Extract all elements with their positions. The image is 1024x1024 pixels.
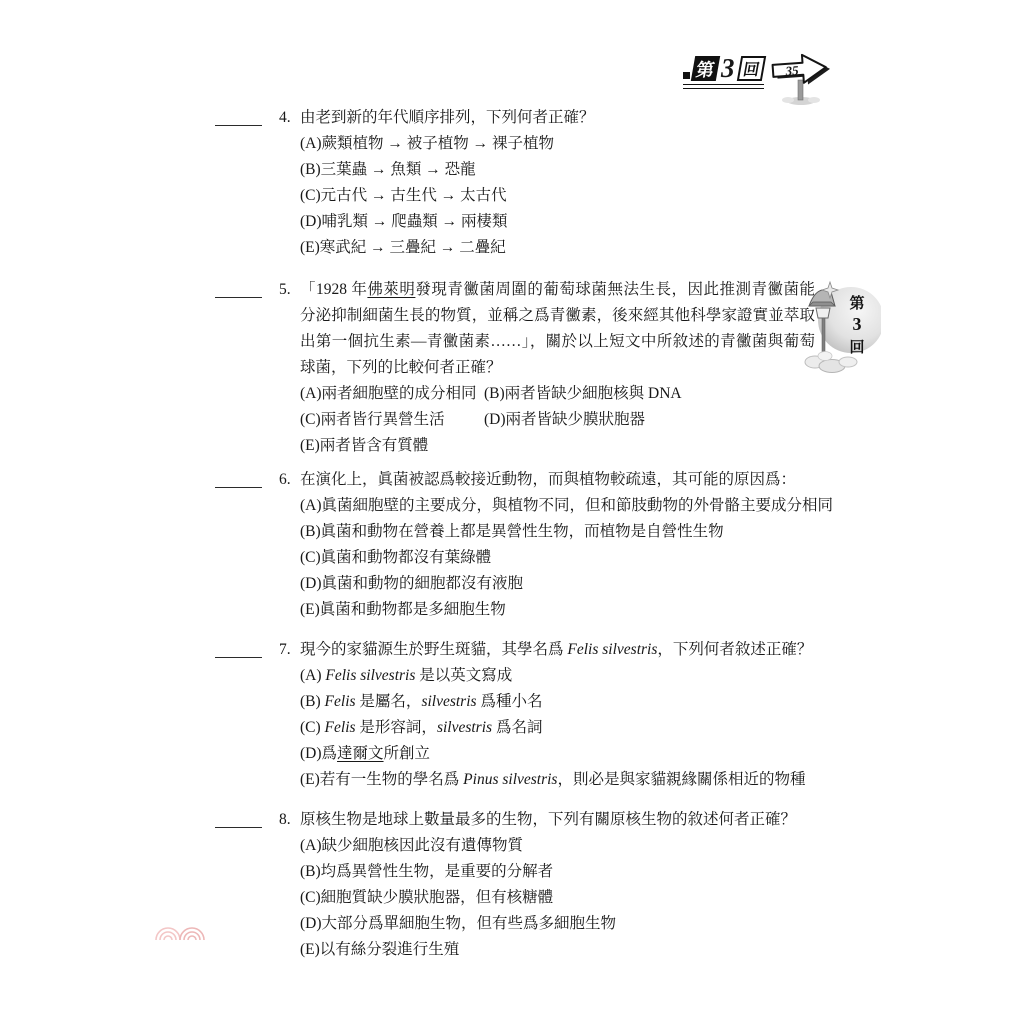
question: 8. 原核生物是地球上數量最多的生物，下列有關原核生物的敘述何者正確？ (A)缺… bbox=[215, 807, 815, 963]
question-stem: 現今的家貓源生於野生斑貓，其學名爲 Felis silvestris，下列何者敘… bbox=[300, 637, 815, 663]
question-stem: 在演化上，眞菌被認爲較接近動物，而與植物較疏遠，其可能的原因爲： bbox=[300, 467, 815, 493]
option-8-B: (B)均爲異營性生物，是重要的分解者 bbox=[300, 859, 815, 885]
section-badge: 第 3 回 bbox=[683, 56, 764, 89]
badge-number: 3 bbox=[721, 56, 735, 81]
question-number: 5. bbox=[279, 277, 300, 303]
option-4-D: (D)哺乳類 → 爬蟲類 → 兩棲類 bbox=[300, 209, 815, 235]
question-options: (A)缺少細胞核因此沒有遺傳物質(B)均爲異營性生物，是重要的分解者(C)細胞質… bbox=[300, 833, 815, 963]
option-8-C: (C)細胞質缺少膜狀胞器，但有核糖體 bbox=[300, 885, 815, 911]
option-6-D: (D)眞菌和動物的細胞都沒有液胞 bbox=[300, 571, 815, 597]
question-options: (A)眞菌細胞壁的主要成分，與植物不同，但和節肢動物的外骨骼主要成分相同(B)眞… bbox=[300, 493, 815, 623]
question: 5. 「1928 年佛萊明發現青黴菌周圍的葡萄球菌無法生長，因此推測青黴菌能分泌… bbox=[215, 277, 815, 459]
badge-underline bbox=[683, 84, 764, 89]
page-header: 第 3 回 35 bbox=[683, 48, 836, 106]
side-tab-char-first: 第 bbox=[849, 294, 864, 312]
question: 7. 現今的家貓源生於野生斑貓，其學名爲 Felis silvestris，下列… bbox=[215, 637, 815, 793]
side-tab-char-last: 回 bbox=[849, 339, 864, 356]
option-8-E: (E)以有絲分裂進行生殖 bbox=[300, 937, 815, 963]
option-6-B: (B)眞菌和動物在營養上都是異營性生物，而植物是自營性生物 bbox=[300, 519, 815, 545]
badge-char-first: 第 bbox=[691, 56, 720, 81]
question-stem: 原核生物是地球上數量最多的生物，下列有關原核生物的敘述何者正確？ bbox=[300, 807, 815, 833]
question-number: 6. bbox=[279, 467, 300, 493]
option-7-B: (B) Felis 是屬名，silvestris 爲種小名 bbox=[300, 689, 815, 715]
option-5-A: (A)兩者細胞壁的成分相同 bbox=[300, 381, 484, 407]
question-options: (A)蕨類植物 → 被子植物 → 裸子植物(B)三葉蟲 → 魚類 → 恐龍(C)… bbox=[300, 131, 815, 261]
badge-dot bbox=[683, 72, 690, 79]
question-body: 原核生物是地球上數量最多的生物，下列有關原核生物的敘述何者正確？ (A)缺少細胞… bbox=[300, 807, 815, 963]
answer-blank bbox=[215, 467, 262, 488]
option-4-E: (E)寒武紀 → 三疊紀 → 二疊紀 bbox=[300, 235, 815, 261]
answer-blank bbox=[215, 277, 262, 298]
option-6-A: (A)眞菌細胞壁的主要成分，與植物不同，但和節肢動物的外骨骼主要成分相同 bbox=[300, 493, 815, 519]
option-7-C: (C) Felis 是形容詞，silvestris 爲名詞 bbox=[300, 715, 815, 741]
question-stem: 「1928 年佛萊明發現青黴菌周圍的葡萄球菌無法生長，因此推測青黴菌能分泌抑制細… bbox=[300, 277, 815, 381]
question-number: 7. bbox=[279, 637, 300, 663]
option-6-E: (E)眞菌和動物都是多細胞生物 bbox=[300, 597, 815, 623]
side-tab-number: 3 bbox=[853, 314, 862, 334]
option-7-A: (A) Felis silvestris 是以英文寫成 bbox=[300, 663, 815, 689]
answer-blank bbox=[215, 637, 262, 658]
option-4-B: (B)三葉蟲 → 魚類 → 恐龍 bbox=[300, 157, 815, 183]
question-body: 「1928 年佛萊明發現青黴菌周圍的葡萄球菌無法生長，因此推測青黴菌能分泌抑制細… bbox=[300, 277, 815, 459]
question-options: (A)兩者細胞壁的成分相同(B)兩者皆缺少細胞核與 DNA(C)兩者皆行異營生活… bbox=[300, 381, 815, 459]
option-4-C: (C)元古代 → 古生代 → 太古代 bbox=[300, 183, 815, 209]
question: 4. 由老到新的年代順序排列，下列何者正確？ (A)蕨類植物 → 被子植物 → … bbox=[215, 105, 815, 261]
option-4-A: (A)蕨類植物 → 被子植物 → 裸子植物 bbox=[300, 131, 815, 157]
option-7-D: (D)爲達爾文所創立 bbox=[300, 741, 815, 767]
option-5-E: (E)兩者皆含有質體 bbox=[300, 433, 815, 459]
question-number: 8. bbox=[279, 807, 300, 833]
page-number-sign-icon: 35 bbox=[770, 48, 836, 106]
option-7-E: (E)若有一生物的學名爲 Pinus silvestris，則必是與家貓親緣關係… bbox=[300, 767, 815, 793]
option-5-B: (B)兩者皆缺少細胞核與 DNA bbox=[484, 381, 815, 407]
question-number: 4. bbox=[279, 105, 300, 131]
question-body: 現今的家貓源生於野生斑貓，其學名爲 Felis silvestris，下列何者敘… bbox=[300, 637, 815, 793]
answer-blank bbox=[215, 105, 262, 126]
page-number: 35 bbox=[784, 63, 800, 79]
badge-char-last: 回 bbox=[736, 56, 765, 81]
option-6-C: (C)眞菌和動物都沒有葉綠體 bbox=[300, 545, 815, 571]
question-body: 由老到新的年代順序排列，下列何者正確？ (A)蕨類植物 → 被子植物 → 裸子植… bbox=[300, 105, 815, 261]
option-8-A: (A)缺少細胞核因此沒有遺傳物質 bbox=[300, 833, 815, 859]
question-body: 在演化上，眞菌被認爲較接近動物，而與植物較疏遠，其可能的原因爲： (A)眞菌細胞… bbox=[300, 467, 815, 623]
option-5-C: (C)兩者皆行異營生活 bbox=[300, 407, 484, 433]
question-options: (A) Felis silvestris 是以英文寫成(B) Felis 是屬名… bbox=[300, 663, 815, 793]
answer-blank bbox=[215, 807, 262, 828]
option-8-D: (D)大部分爲單細胞生物，但有些爲多細胞生物 bbox=[300, 911, 815, 937]
watermark-arcs-icon bbox=[150, 906, 218, 948]
question: 6. 在演化上，眞菌被認爲較接近動物，而與植物較疏遠，其可能的原因爲： (A)眞… bbox=[215, 467, 815, 623]
option-5-D: (D)兩者皆缺少膜狀胞器 bbox=[484, 407, 815, 433]
question-stem: 由老到新的年代順序排列，下列何者正確？ bbox=[300, 105, 815, 131]
exam-page: 第 3 回 35 bbox=[0, 0, 1024, 1024]
